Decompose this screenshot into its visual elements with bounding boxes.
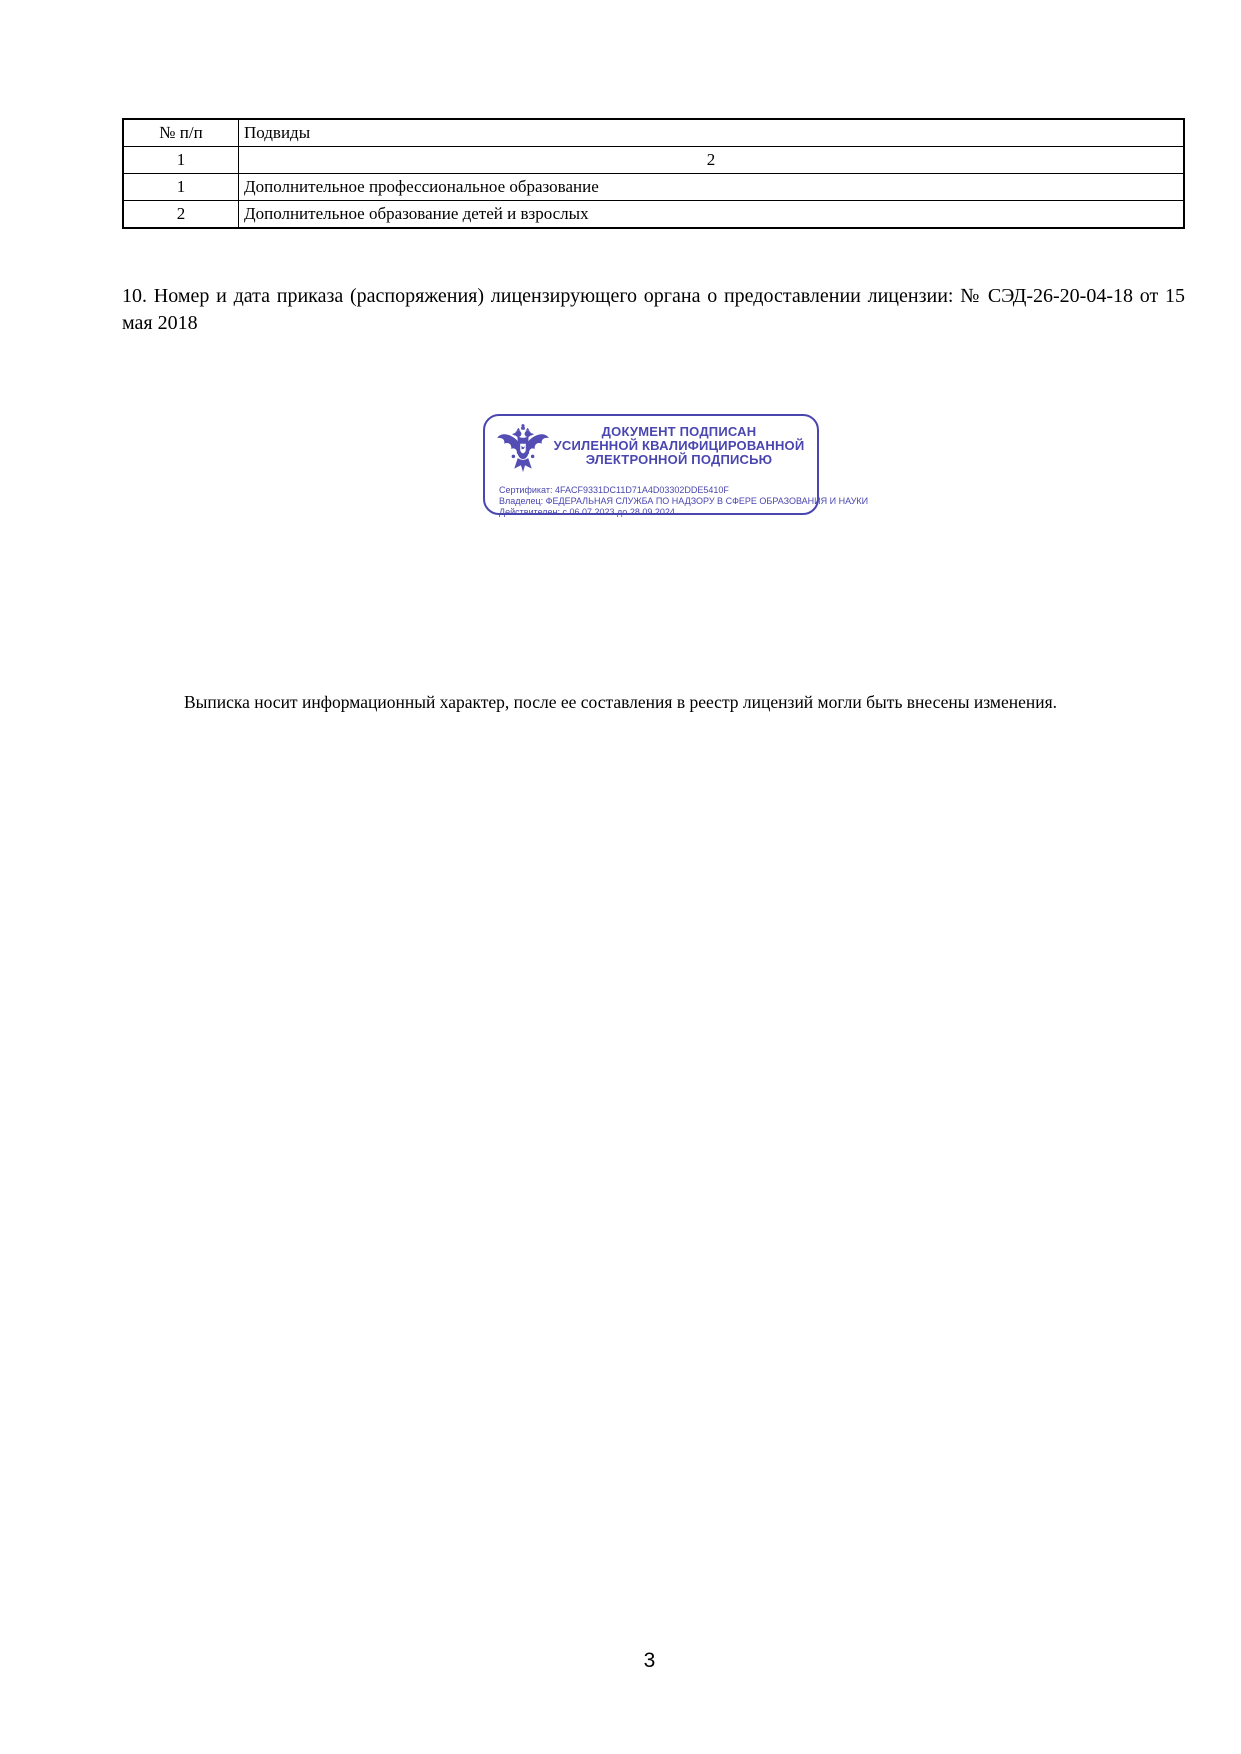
page-number: 3 xyxy=(0,1649,1241,1673)
table-header-row: № п/п Подвиды xyxy=(123,119,1184,147)
row-number: 2 xyxy=(123,201,239,229)
table-column-numbers-row: 1 2 xyxy=(123,147,1184,174)
table-header-num: № п/п xyxy=(123,119,239,147)
stamp-validity-line: Действителен: с 06.07.2023 до 28.09.2024 xyxy=(499,507,809,518)
electronic-signature-stamp: ДОКУМЕНТ ПОДПИСАН УСИЛЕННОЙ КВАЛИФИЦИРОВ… xyxy=(483,414,819,515)
stamp-certificate-line: Сертификат: 4FACF9331DC11D71A4D03302DDE5… xyxy=(499,485,809,496)
table-header-subtypes: Подвиды xyxy=(239,119,1185,147)
stamp-title: ДОКУМЕНТ ПОДПИСАН УСИЛЕННОЙ КВАЛИФИЦИРОВ… xyxy=(551,421,807,467)
column-number-1: 1 xyxy=(123,147,239,174)
row-subtype: Дополнительное образование детей и взрос… xyxy=(239,201,1185,229)
informational-note: Выписка носит информационный характер, п… xyxy=(0,692,1241,713)
stamp-details: Сертификат: 4FACF9331DC11D71A4D03302DDE5… xyxy=(485,481,817,518)
document-page: № п/п Подвиды 1 2 1 Дополнительное профе… xyxy=(0,0,1241,1754)
row-number: 1 xyxy=(123,174,239,201)
stamp-header-area: ДОКУМЕНТ ПОДПИСАН УСИЛЕННОЙ КВАЛИФИЦИРОВ… xyxy=(485,416,817,481)
russia-coat-of-arms-icon xyxy=(495,423,551,481)
stamp-title-line-3: ЭЛЕКТРОННОЙ ПОДПИСЬЮ xyxy=(551,453,807,467)
clause-10-paragraph: 10. Номер и дата приказа (распоряжения) … xyxy=(122,283,1185,337)
stamp-title-line-2: УСИЛЕННОЙ КВАЛИФИЦИРОВАННОЙ xyxy=(551,439,807,453)
stamp-owner-line: Владелец: ФЕДЕРАЛЬНАЯ СЛУЖБА ПО НАДЗОРУ … xyxy=(499,496,809,507)
row-subtype: Дополнительное профессиональное образова… xyxy=(239,174,1185,201)
column-number-2: 2 xyxy=(239,147,1185,174)
table-row: 2 Дополнительное образование детей и взр… xyxy=(123,201,1184,229)
table-row: 1 Дополнительное профессиональное образо… xyxy=(123,174,1184,201)
stamp-title-line-1: ДОКУМЕНТ ПОДПИСАН xyxy=(551,425,807,439)
subtypes-table: № п/п Подвиды 1 2 1 Дополнительное профе… xyxy=(122,118,1185,229)
